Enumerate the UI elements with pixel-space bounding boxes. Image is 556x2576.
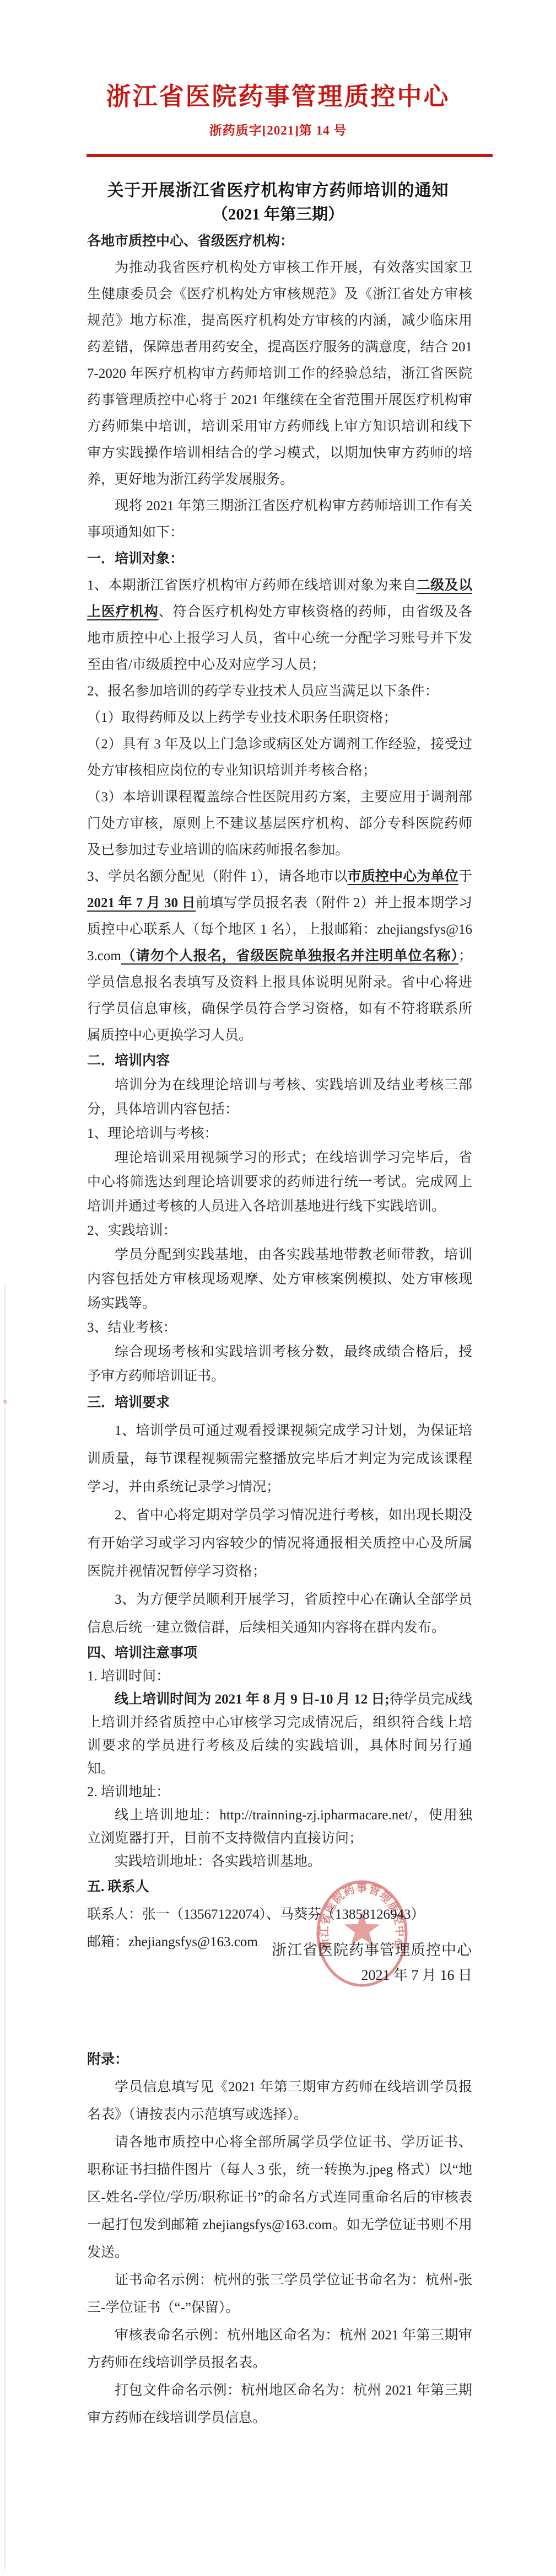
emphasized-text-run: 市质控中心为单位 <box>348 869 458 884</box>
text-run: （1）取得药师及以上药学专业技术职务任职资格； <box>87 710 397 725</box>
signature-date: 2021 年 7 月 16 日 <box>87 1963 472 1988</box>
signature-block: 浙江省医院药事管理质控中心 2021 年 7 月 16 日 <box>87 1937 472 1988</box>
notice-title: 关于开展浙江省医疗机构审方药师培训的通知 <box>0 176 556 201</box>
appendix-form-note: 学员信息填写见《2021 年第三期审方药师在线培训学员报名表》（请按表内示范填写… <box>87 2074 472 2129</box>
salutation: 各地市质控中心、省级医疗机构： <box>87 228 472 255</box>
section-5-heading: 五. 联系人 <box>87 1873 472 1901</box>
document-body: 各地市质控中心、省级医疗机构：为推动我省医疗机构处方审核工作开展，有效落实国家卫… <box>87 228 472 1956</box>
time-heading: 1. 培训时间： <box>87 1665 472 1688</box>
text-run: 2、实践培训： <box>87 1223 177 1238</box>
scan-edge-artifact <box>4 1285 6 2570</box>
text-run: 1、培训学员可通过观看授课视频完成学习计划，为保证培训质量，每节课程视频需完整播… <box>87 1423 472 1495</box>
scanned-notice-document: 浙江省医院药事管理质控中心 浙药质字[2021]第 14 号 关于开展浙江省医疗… <box>0 0 556 2576</box>
appendix-heading: 附录： <box>87 2046 472 2074</box>
practice-heading: 2、实践培训： <box>87 1219 472 1243</box>
address-heading: 2. 培训地址： <box>87 1781 472 1804</box>
document-number: 浙药质字[2021]第 14 号 <box>0 120 556 138</box>
issuing-org-title: 浙江省医院药事管理质控中心 <box>0 76 556 112</box>
red-divider-rule <box>87 154 493 157</box>
text-run: 各地市质控中心、省级医疗机构： <box>87 234 294 249</box>
signature-org: 浙江省医院药事管理质控中心 <box>87 1937 472 1963</box>
text-run: 实践培训地址：各实践培训基地。 <box>115 1854 321 1869</box>
text-run: 2、省中心将定期对学员学习情况进行考核，如出现长期没有开始学习或学习内容较少的情… <box>87 1508 472 1579</box>
section-2-heading: 二．培训内容 <box>87 1049 472 1073</box>
theory-heading: 1、理论培训与考核： <box>87 1122 472 1146</box>
text-run: 理论培训采用视频学习的形式；在线培训学习完毕后，省中心将筛选达到理论培训要求的药… <box>87 1150 472 1214</box>
text-run: 打包文件命名示例：杭州地区命名为：杭州 2021 年第三期审方药师在线培训学员信… <box>87 2383 472 2425</box>
appendix-package-example: 打包文件命名示例：杭州地区命名为：杭州 2021 年第三期审方药师在线培训学员信… <box>87 2377 472 2432</box>
text-run: 四、培训注意事项 <box>87 1646 197 1661</box>
text-run: 联系人：张一（13567122074）、马葵芬（13858126943） <box>87 1907 425 1922</box>
theory-detail: 理论培训采用视频学习的形式；在线培训学习完毕后，省中心将筛选达到理论培训要求的药… <box>87 1146 472 1219</box>
text-run: 2. 培训地址： <box>87 1785 170 1800</box>
text-run: 现将 2021 年第三期浙江省医疗机构审方药师培训工作有关事项通知如下： <box>87 499 472 540</box>
text-run: 培训分为在线理论培训与考核、实践培训及结业考核三部分，具体培训内容包括： <box>87 1078 472 1117</box>
text-run: 证书命名示例：杭州的张三学员学位证书命名为：杭州-张三-学位证书（“-”保留）。 <box>87 2273 472 2315</box>
text-run: 综合现场考核和实践培训考核分数，最终成绩合格后，授予审方药师培训证书。 <box>87 1345 472 1384</box>
text-run: 学员信息填写见《2021 年第三期审方药师在线培训学员报名表》（请按表内示范填写… <box>87 2080 472 2122</box>
text-run: 1. 培训时间： <box>87 1669 170 1684</box>
text-run: 3、结业考核： <box>87 1320 177 1335</box>
text-run: 1、理论培训与考核： <box>87 1126 218 1141</box>
requirement-2: 2、省中心将定期对学员学习情况进行考核，如出现长期没有开始学习或学习内容较少的情… <box>87 1501 472 1586</box>
intro-paragraph: 为推动我省医疗机构处方审核工作开展，有效落实国家卫生健康委员会《医疗机构处方审核… <box>87 255 472 493</box>
condition-1: （1）取得药师及以上药学专业技术职务任职资格； <box>87 705 472 731</box>
text-run: 3、学员名额分配见（附件 1），请各地市以 <box>87 869 348 884</box>
requirement-1: 1、培训学员可通过观看授课视频完成学习计划，为保证培训质量，每节课程视频需完整播… <box>87 1417 472 1501</box>
condition-2: （2）具有 3 年及以上门急诊或病区处方调剂工作经验，接受过处方审核相应岗位的专… <box>87 731 472 784</box>
address-online: 线上培训地址：http://trainning-zj.ipharmacare.n… <box>87 1804 472 1850</box>
appendix-certificates: 请各地市质控中心将全部所属学员学位证书、学历证书、职称证书扫描件图片（每人 3 … <box>87 2129 472 2267</box>
section-4-heading: 四、培训注意事项 <box>87 1642 472 1665</box>
text-run: 三．培训要求 <box>87 1395 170 1410</box>
text-run: 五. 联系人 <box>87 1879 149 1894</box>
emphasized-text-run: 线上培训时间为 2021 年 8 月 9 日-10 月 12 日; <box>115 1692 390 1707</box>
appendix-body: 附录：学员信息填写见《2021 年第三期审方药师在线培训学员报名表》（请按表内示… <box>87 2046 472 2432</box>
emphasized-text-run: （请勿个人报名，省级医院单独报名并注明单位名称） <box>121 949 458 963</box>
quota-registration: 3、学员名额分配见（附件 1），请各地市以市质控中心为单位于2021 年 7 月… <box>87 864 472 1049</box>
text-run: 附录： <box>87 2052 128 2067</box>
text-run: 一．培训对象： <box>87 551 183 566</box>
address-practice: 实践培训地址：各实践培训基地。 <box>87 1850 472 1873</box>
section-3-heading: 三．培训要求 <box>87 1389 472 1417</box>
requirement-3: 3、为方便学员顺利开展学习，省质控中心在确认全部学员信息后统一建立微信群，后续相… <box>87 1586 472 1642</box>
section-1-heading: 一．培训对象： <box>87 546 472 572</box>
text-run: 3、为方便学员顺利开展学习，省质控中心在确认全部学员信息后统一建立微信群，后续相… <box>87 1592 472 1635</box>
trainee-scope: 1、本期浙江省医疗机构审方药师在线培训对象为来自二级及以上医疗机构、符合医疗机构… <box>87 572 472 678</box>
text-run: 二．培训内容 <box>87 1053 170 1068</box>
scan-dot-artifact <box>3 1400 7 1404</box>
appendix-cert-example: 证书命名示例：杭州的张三学员学位证书命名为：杭州-张三-学位证书（“-”保留）。 <box>87 2267 472 2322</box>
condition-3: （3）本培训课程覆盖综合性医院用药方案，主要应用于调剂部门处方审核，原则上不建议… <box>87 784 472 864</box>
text-run: 2、报名参加培训的药学专业技术人员应当满足以下条件： <box>87 684 439 699</box>
content-lead: 培训分为在线理论培训与考核、实践培训及结业考核三部分，具体培训内容包括： <box>87 1073 472 1122</box>
text-run: 线上培训地址：http://trainning-zj.ipharmacare.n… <box>87 1808 472 1846</box>
time-detail: 线上培训时间为 2021 年 8 月 9 日-10 月 12 日;待学员完成线上… <box>87 1688 472 1781</box>
graduation-detail: 综合现场考核和实践培训考核分数，最终成绩合格后，授予审方药师培训证书。 <box>87 1340 472 1389</box>
requirement-lead: 2、报名参加培训的药学专业技术人员应当满足以下条件： <box>87 678 472 705</box>
notice-lead: 现将 2021 年第三期浙江省医疗机构审方药师培训工作有关事项通知如下： <box>87 493 472 546</box>
text-run: （2）具有 3 年及以上门急诊或病区处方调剂工作经验，接受过处方审核相应岗位的专… <box>87 737 472 778</box>
text-run: 请各地市质控中心将全部所属学员学位证书、学历证书、职称证书扫描件图片（每人 3 … <box>87 2135 472 2260</box>
text-run: 1、本期浙江省医疗机构审方药师在线培训对象为来自 <box>87 578 417 593</box>
appendix-table-example: 审核表命名示例：杭州地区命名为：杭州 2021 年第三期审方药师在线培训学员报名… <box>87 2322 472 2377</box>
text-run: 于 <box>458 869 472 884</box>
text-run: 审核表命名示例：杭州地区命名为：杭州 2021 年第三期审方药师在线培训学员报名… <box>87 2328 472 2370</box>
practice-detail: 学员分配到实践基地，由各实践基地带教老师带教，培训内容包括处方审核现场观摩、处方… <box>87 1243 472 1316</box>
text-run: （3）本培训课程覆盖综合性医院用药方案，主要应用于调剂部门处方审核，原则上不建议… <box>87 790 472 858</box>
text-run: 为推动我省医疗机构处方审核工作开展，有效落实国家卫生健康委员会《医疗机构处方审核… <box>87 260 472 487</box>
emphasized-text-run: 2021 年 7 月 30 日 <box>87 896 196 911</box>
text-run: 学员分配到实践基地，由各实践基地带教老师带教，培训内容包括处方审核现场观摩、处方… <box>87 1247 472 1311</box>
contact-line: 联系人：张一（13567122074）、马葵芬（13858126943） <box>87 1901 472 1929</box>
graduation-heading: 3、结业考核： <box>87 1316 472 1340</box>
notice-subtitle: （2021 年第三期） <box>0 202 556 224</box>
